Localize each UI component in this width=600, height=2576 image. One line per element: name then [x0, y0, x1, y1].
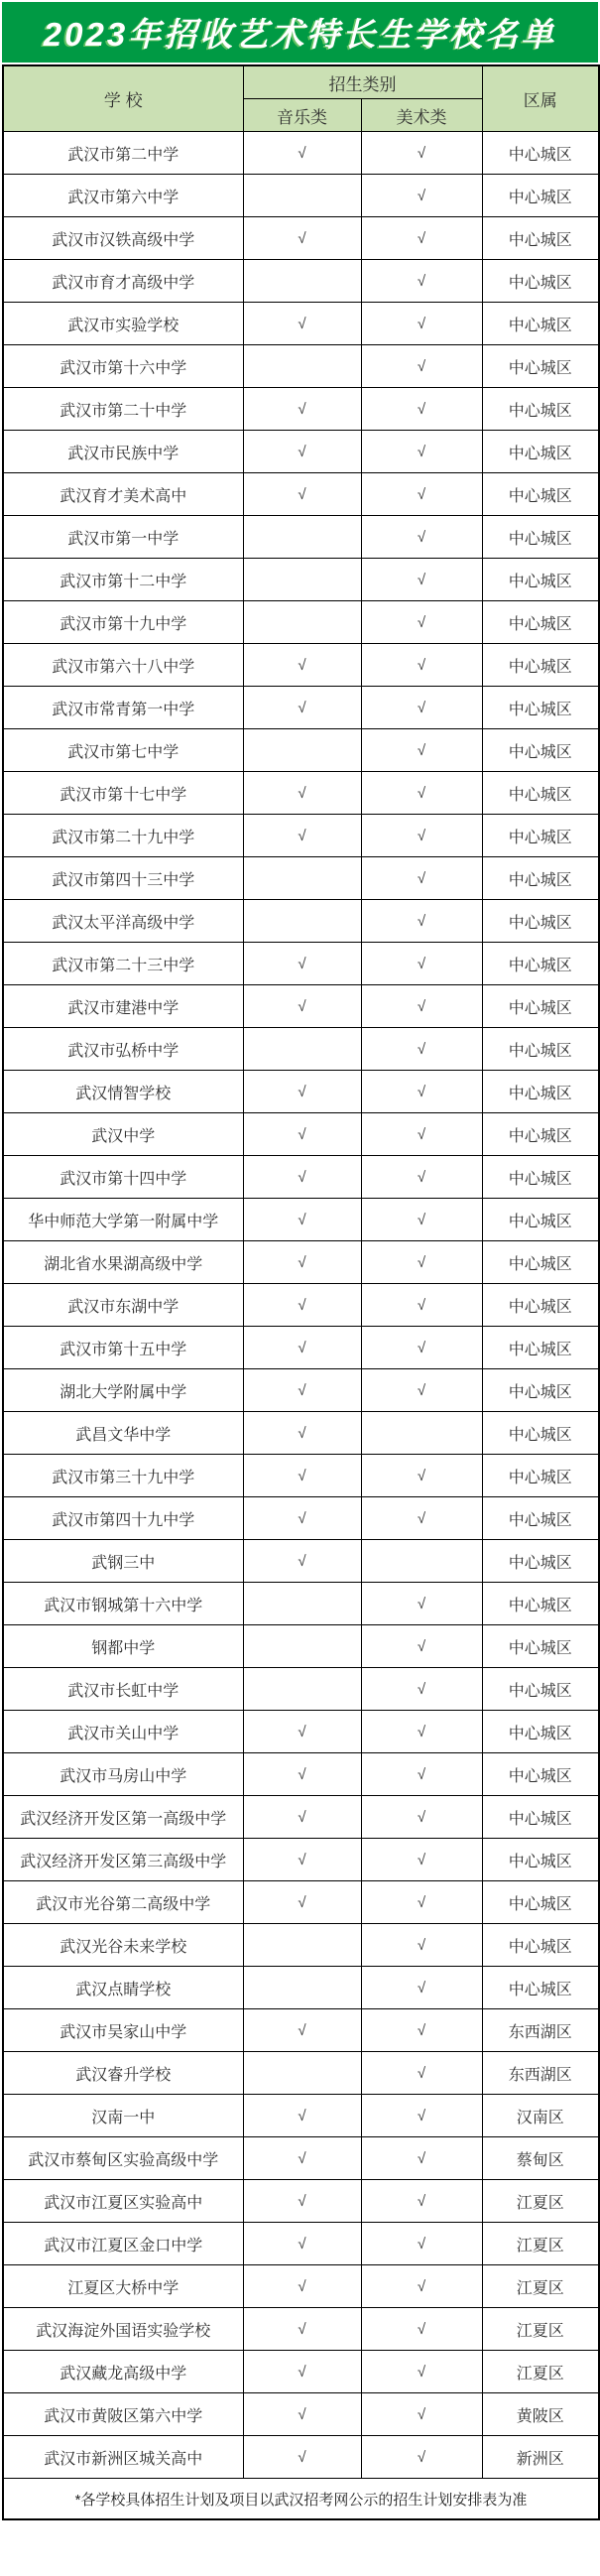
- school-cell: 钢都中学: [3, 1625, 243, 1668]
- school-cell: 武汉市第十五中学: [3, 1327, 243, 1369]
- music-cell: √: [243, 2095, 361, 2137]
- music-cell: √: [243, 772, 361, 815]
- district-cell: 中心城区: [482, 345, 599, 388]
- district-cell: 中心城区: [482, 388, 599, 431]
- art-cell: √: [361, 2308, 482, 2351]
- school-table: 学 校 招生类别 区属 音乐类 美术类 武汉市第二中学√√中心城区武汉市第六中学…: [2, 64, 600, 2520]
- art-cell: √: [361, 1967, 482, 2009]
- district-cell: 中心城区: [482, 985, 599, 1028]
- music-cell: [243, 1625, 361, 1668]
- district-cell: 中心城区: [482, 559, 599, 601]
- table-header: 学 校 招生类别 区属 音乐类 美术类: [3, 65, 599, 132]
- table-row: 汉南一中√√汉南区: [3, 2095, 599, 2137]
- district-cell: 中心城区: [482, 1924, 599, 1967]
- column-header-music: 音乐类: [243, 99, 361, 132]
- art-cell: √: [361, 1796, 482, 1839]
- district-cell: 中心城区: [482, 1625, 599, 1668]
- school-cell: 武汉市第三十九中学: [3, 1455, 243, 1497]
- music-cell: √: [243, 2009, 361, 2052]
- district-cell: 中心城区: [482, 516, 599, 559]
- school-cell: 武汉市新洲区城关高中: [3, 2436, 243, 2479]
- art-cell: [361, 1412, 482, 1455]
- school-cell: 汉南一中: [3, 2095, 243, 2137]
- art-cell: √: [361, 473, 482, 516]
- music-cell: √: [243, 1412, 361, 1455]
- music-cell: √: [243, 1753, 361, 1796]
- music-cell: [243, 1583, 361, 1625]
- music-cell: [243, 1924, 361, 1967]
- art-cell: √: [361, 857, 482, 900]
- art-cell: √: [361, 217, 482, 260]
- table-row: 武汉市蔡甸区实验高级中学√√蔡甸区: [3, 2137, 599, 2180]
- table-row: 武汉市第三十九中学√√中心城区: [3, 1455, 599, 1497]
- district-cell: 中心城区: [482, 857, 599, 900]
- district-cell: 中心城区: [482, 1412, 599, 1455]
- table-row: 武汉市长虹中学√中心城区: [3, 1668, 599, 1711]
- art-cell: √: [361, 516, 482, 559]
- district-cell: 中心城区: [482, 431, 599, 473]
- district-cell: 中心城区: [482, 1796, 599, 1839]
- district-cell: 中心城区: [482, 1668, 599, 1711]
- art-cell: √: [361, 345, 482, 388]
- art-cell: √: [361, 303, 482, 345]
- music-cell: √: [243, 1199, 361, 1241]
- art-cell: √: [361, 2137, 482, 2180]
- table-row: 武汉情智学校√√中心城区: [3, 1071, 599, 1113]
- school-cell: 江夏区大桥中学: [3, 2265, 243, 2308]
- table-row: 武汉市吴家山中学√√东西湖区: [3, 2009, 599, 2052]
- art-cell: √: [361, 729, 482, 772]
- music-cell: [243, 601, 361, 644]
- school-cell: 武昌文华中学: [3, 1412, 243, 1455]
- column-header-art: 美术类: [361, 99, 482, 132]
- district-cell: 中心城区: [482, 1881, 599, 1924]
- music-cell: √: [243, 1071, 361, 1113]
- table-row: 江夏区大桥中学√√江夏区: [3, 2265, 599, 2308]
- school-cell: 武汉市实验学校: [3, 303, 243, 345]
- district-cell: 中心城区: [482, 1071, 599, 1113]
- music-cell: √: [243, 1881, 361, 1924]
- school-cell: 武汉市第十七中学: [3, 772, 243, 815]
- music-cell: √: [243, 1455, 361, 1497]
- district-cell: 中心城区: [482, 644, 599, 687]
- table-row: 武汉市建港中学√√中心城区: [3, 985, 599, 1028]
- district-cell: 中心城区: [482, 1369, 599, 1412]
- music-cell: √: [243, 2393, 361, 2436]
- district-cell: 新洲区: [482, 2436, 599, 2479]
- school-cell: 武汉市建港中学: [3, 985, 243, 1028]
- music-cell: √: [243, 815, 361, 857]
- music-cell: √: [243, 388, 361, 431]
- table-row: 武汉市第二十九中学√√中心城区: [3, 815, 599, 857]
- art-cell: √: [361, 601, 482, 644]
- school-cell: 武汉经济开发区第一高级中学: [3, 1796, 243, 1839]
- music-cell: [243, 1028, 361, 1071]
- art-cell: √: [361, 1625, 482, 1668]
- table-row: 武汉市光谷第二高级中学√√中心城区: [3, 1881, 599, 1924]
- art-cell: √: [361, 2180, 482, 2223]
- table-row: 武汉市民族中学√√中心城区: [3, 431, 599, 473]
- school-cell: 武汉市第十二中学: [3, 559, 243, 601]
- music-cell: √: [243, 1156, 361, 1199]
- page-title: 2023年招收艺术特长生学校名单: [44, 9, 556, 56]
- district-cell: 江夏区: [482, 2308, 599, 2351]
- music-cell: √: [243, 2351, 361, 2393]
- music-cell: √: [243, 1497, 361, 1540]
- school-cell: 武汉市第十九中学: [3, 601, 243, 644]
- music-cell: √: [243, 943, 361, 985]
- art-cell: √: [361, 1327, 482, 1369]
- district-cell: 中心城区: [482, 1156, 599, 1199]
- art-cell: √: [361, 1071, 482, 1113]
- school-cell: 武汉情智学校: [3, 1071, 243, 1113]
- table-row: 武汉市马房山中学√√中心城区: [3, 1753, 599, 1796]
- school-cell: 武汉市关山中学: [3, 1711, 243, 1753]
- school-cell: 武汉市江夏区金口中学: [3, 2223, 243, 2265]
- district-cell: 蔡甸区: [482, 2137, 599, 2180]
- music-cell: √: [243, 2308, 361, 2351]
- table-row: 武汉市第十六中学√中心城区: [3, 345, 599, 388]
- music-cell: [243, 175, 361, 217]
- table-row: 武汉市江夏区实验高中√√江夏区: [3, 2180, 599, 2223]
- table-row: 武汉市第十五中学√√中心城区: [3, 1327, 599, 1369]
- school-cell: 武汉市弘桥中学: [3, 1028, 243, 1071]
- music-cell: √: [243, 303, 361, 345]
- school-cell: 武汉市钢城第十六中学: [3, 1583, 243, 1625]
- music-cell: √: [243, 1839, 361, 1881]
- district-cell: 中心城区: [482, 1711, 599, 1753]
- school-table-body: 武汉市第二中学√√中心城区武汉市第六中学√中心城区武汉市汉铁高级中学√√中心城区…: [3, 132, 599, 2479]
- table-row: 武汉市新洲区城关高中√√新洲区: [3, 2436, 599, 2479]
- school-cell: 武汉市第六中学: [3, 175, 243, 217]
- music-cell: √: [243, 2436, 361, 2479]
- art-cell: √: [361, 2095, 482, 2137]
- school-cell: 武汉市第七中学: [3, 729, 243, 772]
- table-row: 武汉市江夏区金口中学√√江夏区: [3, 2223, 599, 2265]
- art-cell: √: [361, 1028, 482, 1071]
- music-cell: √: [243, 1327, 361, 1369]
- title-bar: 2023年招收艺术特长生学校名单: [2, 2, 598, 63]
- district-cell: 中心城区: [482, 1583, 599, 1625]
- table-row: 武汉市关山中学√√中心城区: [3, 1711, 599, 1753]
- music-cell: √: [243, 1796, 361, 1839]
- district-cell: 黄陂区: [482, 2393, 599, 2436]
- art-cell: √: [361, 2223, 482, 2265]
- table-row: 武汉市第一中学√中心城区: [3, 516, 599, 559]
- art-cell: √: [361, 2265, 482, 2308]
- district-cell: 中心城区: [482, 303, 599, 345]
- district-cell: 江夏区: [482, 2265, 599, 2308]
- music-cell: √: [243, 985, 361, 1028]
- art-cell: √: [361, 644, 482, 687]
- table-row: 武汉市第二十三中学√√中心城区: [3, 943, 599, 985]
- district-cell: 中心城区: [482, 729, 599, 772]
- art-cell: √: [361, 1369, 482, 1412]
- art-cell: √: [361, 900, 482, 943]
- table-row: 武汉市黄陂区第六中学√√黄陂区: [3, 2393, 599, 2436]
- art-cell: √: [361, 2393, 482, 2436]
- table-row: 武汉市育才高级中学√中心城区: [3, 260, 599, 303]
- poster: 2023年招收艺术特长生学校名单 学 校 招生类别 区属 音乐类 美术类 武汉市…: [2, 2, 598, 2520]
- school-cell: 武汉点睛学校: [3, 1967, 243, 2009]
- school-cell: 武汉市吴家山中学: [3, 2009, 243, 2052]
- district-cell: 中心城区: [482, 772, 599, 815]
- art-cell: √: [361, 1241, 482, 1284]
- school-cell: 武汉市江夏区实验高中: [3, 2180, 243, 2223]
- school-cell: 武汉市常青第一中学: [3, 687, 243, 729]
- school-cell: 武汉市第二中学: [3, 132, 243, 175]
- music-cell: [243, 345, 361, 388]
- district-cell: 中心城区: [482, 1967, 599, 2009]
- table-row: 武汉市第六十八中学√√中心城区: [3, 644, 599, 687]
- art-cell: √: [361, 1455, 482, 1497]
- district-cell: 江夏区: [482, 2180, 599, 2223]
- district-cell: 中心城区: [482, 1327, 599, 1369]
- art-cell: √: [361, 2436, 482, 2479]
- school-cell: 武汉市第二十三中学: [3, 943, 243, 985]
- district-cell: 中心城区: [482, 815, 599, 857]
- art-cell: √: [361, 1924, 482, 1967]
- art-cell: √: [361, 260, 482, 303]
- district-cell: 中心城区: [482, 217, 599, 260]
- art-cell: √: [361, 1668, 482, 1711]
- district-cell: 江夏区: [482, 2223, 599, 2265]
- district-cell: 中心城区: [482, 1497, 599, 1540]
- music-cell: √: [243, 1113, 361, 1156]
- music-cell: [243, 729, 361, 772]
- table-row: 武汉市第十七中学√√中心城区: [3, 772, 599, 815]
- school-cell: 武汉市第二十中学: [3, 388, 243, 431]
- music-cell: √: [243, 217, 361, 260]
- art-cell: √: [361, 1113, 482, 1156]
- school-cell: 湖北大学附属中学: [3, 1369, 243, 1412]
- footnote: *各学校具体招生计划及项目以武汉招考网公示的招生计划安排表为准: [3, 2479, 599, 2520]
- school-cell: 武汉海淀外国语实验学校: [3, 2308, 243, 2351]
- table-row: 武汉市第十四中学√√中心城区: [3, 1156, 599, 1199]
- district-cell: 中心城区: [482, 1284, 599, 1327]
- school-cell: 武汉市民族中学: [3, 431, 243, 473]
- music-cell: √: [243, 1241, 361, 1284]
- art-cell: √: [361, 1583, 482, 1625]
- district-cell: 中心城区: [482, 1455, 599, 1497]
- table-row: 武汉市第十九中学√中心城区: [3, 601, 599, 644]
- district-cell: 中心城区: [482, 1113, 599, 1156]
- district-cell: 中心城区: [482, 1028, 599, 1071]
- school-cell: 华中师范大学第一附属中学: [3, 1199, 243, 1241]
- music-cell: √: [243, 644, 361, 687]
- music-cell: √: [243, 1711, 361, 1753]
- music-cell: √: [243, 2137, 361, 2180]
- school-cell: 武汉市光谷第二高级中学: [3, 1881, 243, 1924]
- district-cell: 江夏区: [482, 2351, 599, 2393]
- art-cell: √: [361, 431, 482, 473]
- art-cell: [361, 1540, 482, 1583]
- music-cell: [243, 1967, 361, 2009]
- table-row: 武汉市钢城第十六中学√中心城区: [3, 1583, 599, 1625]
- art-cell: √: [361, 943, 482, 985]
- school-cell: 武汉市汉铁高级中学: [3, 217, 243, 260]
- table-row: 武汉经济开发区第一高级中学√√中心城区: [3, 1796, 599, 1839]
- district-cell: 东西湖区: [482, 2009, 599, 2052]
- table-row: 武汉育才美术高中√√中心城区: [3, 473, 599, 516]
- table-row: 武汉太平洋高级中学√中心城区: [3, 900, 599, 943]
- school-cell: 武汉市第十六中学: [3, 345, 243, 388]
- art-cell: √: [361, 1839, 482, 1881]
- district-cell: 东西湖区: [482, 2052, 599, 2095]
- school-cell: 武汉藏龙高级中学: [3, 2351, 243, 2393]
- district-cell: 中心城区: [482, 175, 599, 217]
- school-cell: 武汉市蔡甸区实验高级中学: [3, 2137, 243, 2180]
- table-row: 武汉市第四十三中学√中心城区: [3, 857, 599, 900]
- district-cell: 中心城区: [482, 473, 599, 516]
- district-cell: 汉南区: [482, 2095, 599, 2137]
- music-cell: [243, 900, 361, 943]
- art-cell: √: [361, 1284, 482, 1327]
- district-cell: 中心城区: [482, 943, 599, 985]
- music-cell: √: [243, 2180, 361, 2223]
- table-row: 湖北大学附属中学√√中心城区: [3, 1369, 599, 1412]
- table-row: 武汉点睛学校√中心城区: [3, 1967, 599, 2009]
- school-cell: 武汉中学: [3, 1113, 243, 1156]
- table-footer: *各学校具体招生计划及项目以武汉招考网公示的招生计划安排表为准: [3, 2479, 599, 2520]
- art-cell: √: [361, 1199, 482, 1241]
- art-cell: √: [361, 1881, 482, 1924]
- school-cell: 武汉市马房山中学: [3, 1753, 243, 1796]
- table-row: 武汉市第四十九中学√√中心城区: [3, 1497, 599, 1540]
- district-cell: 中心城区: [482, 687, 599, 729]
- music-cell: √: [243, 132, 361, 175]
- school-cell: 武钢三中: [3, 1540, 243, 1583]
- music-cell: √: [243, 473, 361, 516]
- district-cell: 中心城区: [482, 132, 599, 175]
- art-cell: √: [361, 985, 482, 1028]
- music-cell: [243, 516, 361, 559]
- school-cell: 武汉经济开发区第三高级中学: [3, 1839, 243, 1881]
- art-cell: √: [361, 388, 482, 431]
- school-cell: 武汉市黄陂区第六中学: [3, 2393, 243, 2436]
- music-cell: √: [243, 1540, 361, 1583]
- art-cell: √: [361, 1156, 482, 1199]
- table-row: 武汉中学√√中心城区: [3, 1113, 599, 1156]
- table-row: 武汉光谷未来学校√中心城区: [3, 1924, 599, 1967]
- art-cell: √: [361, 559, 482, 601]
- school-cell: 武汉市第一中学: [3, 516, 243, 559]
- art-cell: √: [361, 2009, 482, 2052]
- table-row: 武汉市第二中学√√中心城区: [3, 132, 599, 175]
- table-row: 武汉市第七中学√中心城区: [3, 729, 599, 772]
- column-header-district: 区属: [482, 65, 599, 132]
- art-cell: √: [361, 1711, 482, 1753]
- district-cell: 中心城区: [482, 1753, 599, 1796]
- art-cell: √: [361, 2351, 482, 2393]
- art-cell: √: [361, 132, 482, 175]
- music-cell: √: [243, 2265, 361, 2308]
- table-row: 湖北省水果湖高级中学√√中心城区: [3, 1241, 599, 1284]
- table-row: 武汉市东湖中学√√中心城区: [3, 1284, 599, 1327]
- table-row: 武汉海淀外国语实验学校√√江夏区: [3, 2308, 599, 2351]
- table-row: 钢都中学√中心城区: [3, 1625, 599, 1668]
- table-row: 武汉市第六中学√中心城区: [3, 175, 599, 217]
- school-cell: 武汉睿升学校: [3, 2052, 243, 2095]
- table-row: 武钢三中√中心城区: [3, 1540, 599, 1583]
- table-row: 武汉市常青第一中学√√中心城区: [3, 687, 599, 729]
- district-cell: 中心城区: [482, 601, 599, 644]
- school-cell: 武汉市第二十九中学: [3, 815, 243, 857]
- art-cell: √: [361, 815, 482, 857]
- music-cell: √: [243, 1369, 361, 1412]
- district-cell: 中心城区: [482, 900, 599, 943]
- table-row: 武汉睿升学校√东西湖区: [3, 2052, 599, 2095]
- music-cell: √: [243, 1284, 361, 1327]
- art-cell: √: [361, 1497, 482, 1540]
- table-row: 武汉市实验学校√√中心城区: [3, 303, 599, 345]
- school-cell: 武汉市长虹中学: [3, 1668, 243, 1711]
- table-row: 武汉经济开发区第三高级中学√√中心城区: [3, 1839, 599, 1881]
- school-cell: 武汉太平洋高级中学: [3, 900, 243, 943]
- table-row: 武汉市第二十中学√√中心城区: [3, 388, 599, 431]
- column-header-category-group: 招生类别: [243, 65, 482, 99]
- table-row: 武汉藏龙高级中学√√江夏区: [3, 2351, 599, 2393]
- school-cell: 武汉市东湖中学: [3, 1284, 243, 1327]
- music-cell: √: [243, 2223, 361, 2265]
- art-cell: √: [361, 687, 482, 729]
- school-cell: 武汉育才美术高中: [3, 473, 243, 516]
- music-cell: √: [243, 431, 361, 473]
- music-cell: [243, 260, 361, 303]
- music-cell: √: [243, 687, 361, 729]
- art-cell: √: [361, 2052, 482, 2095]
- table-row: 武汉市第十二中学√中心城区: [3, 559, 599, 601]
- art-cell: √: [361, 175, 482, 217]
- school-cell: 武汉市第十四中学: [3, 1156, 243, 1199]
- table-row: 华中师范大学第一附属中学√√中心城区: [3, 1199, 599, 1241]
- school-cell: 湖北省水果湖高级中学: [3, 1241, 243, 1284]
- district-cell: 中心城区: [482, 1241, 599, 1284]
- school-cell: 武汉市第四十九中学: [3, 1497, 243, 1540]
- district-cell: 中心城区: [482, 1540, 599, 1583]
- table-row: 武昌文华中学√中心城区: [3, 1412, 599, 1455]
- district-cell: 中心城区: [482, 260, 599, 303]
- column-header-school: 学 校: [3, 65, 243, 132]
- school-cell: 武汉市育才高级中学: [3, 260, 243, 303]
- art-cell: √: [361, 772, 482, 815]
- music-cell: [243, 2052, 361, 2095]
- table-row: 武汉市弘桥中学√中心城区: [3, 1028, 599, 1071]
- school-cell: 武汉光谷未来学校: [3, 1924, 243, 1967]
- music-cell: [243, 1668, 361, 1711]
- school-cell: 武汉市第四十三中学: [3, 857, 243, 900]
- table-row: 武汉市汉铁高级中学√√中心城区: [3, 217, 599, 260]
- music-cell: [243, 559, 361, 601]
- district-cell: 中心城区: [482, 1839, 599, 1881]
- district-cell: 中心城区: [482, 1199, 599, 1241]
- music-cell: [243, 857, 361, 900]
- school-cell: 武汉市第六十八中学: [3, 644, 243, 687]
- art-cell: √: [361, 1753, 482, 1796]
